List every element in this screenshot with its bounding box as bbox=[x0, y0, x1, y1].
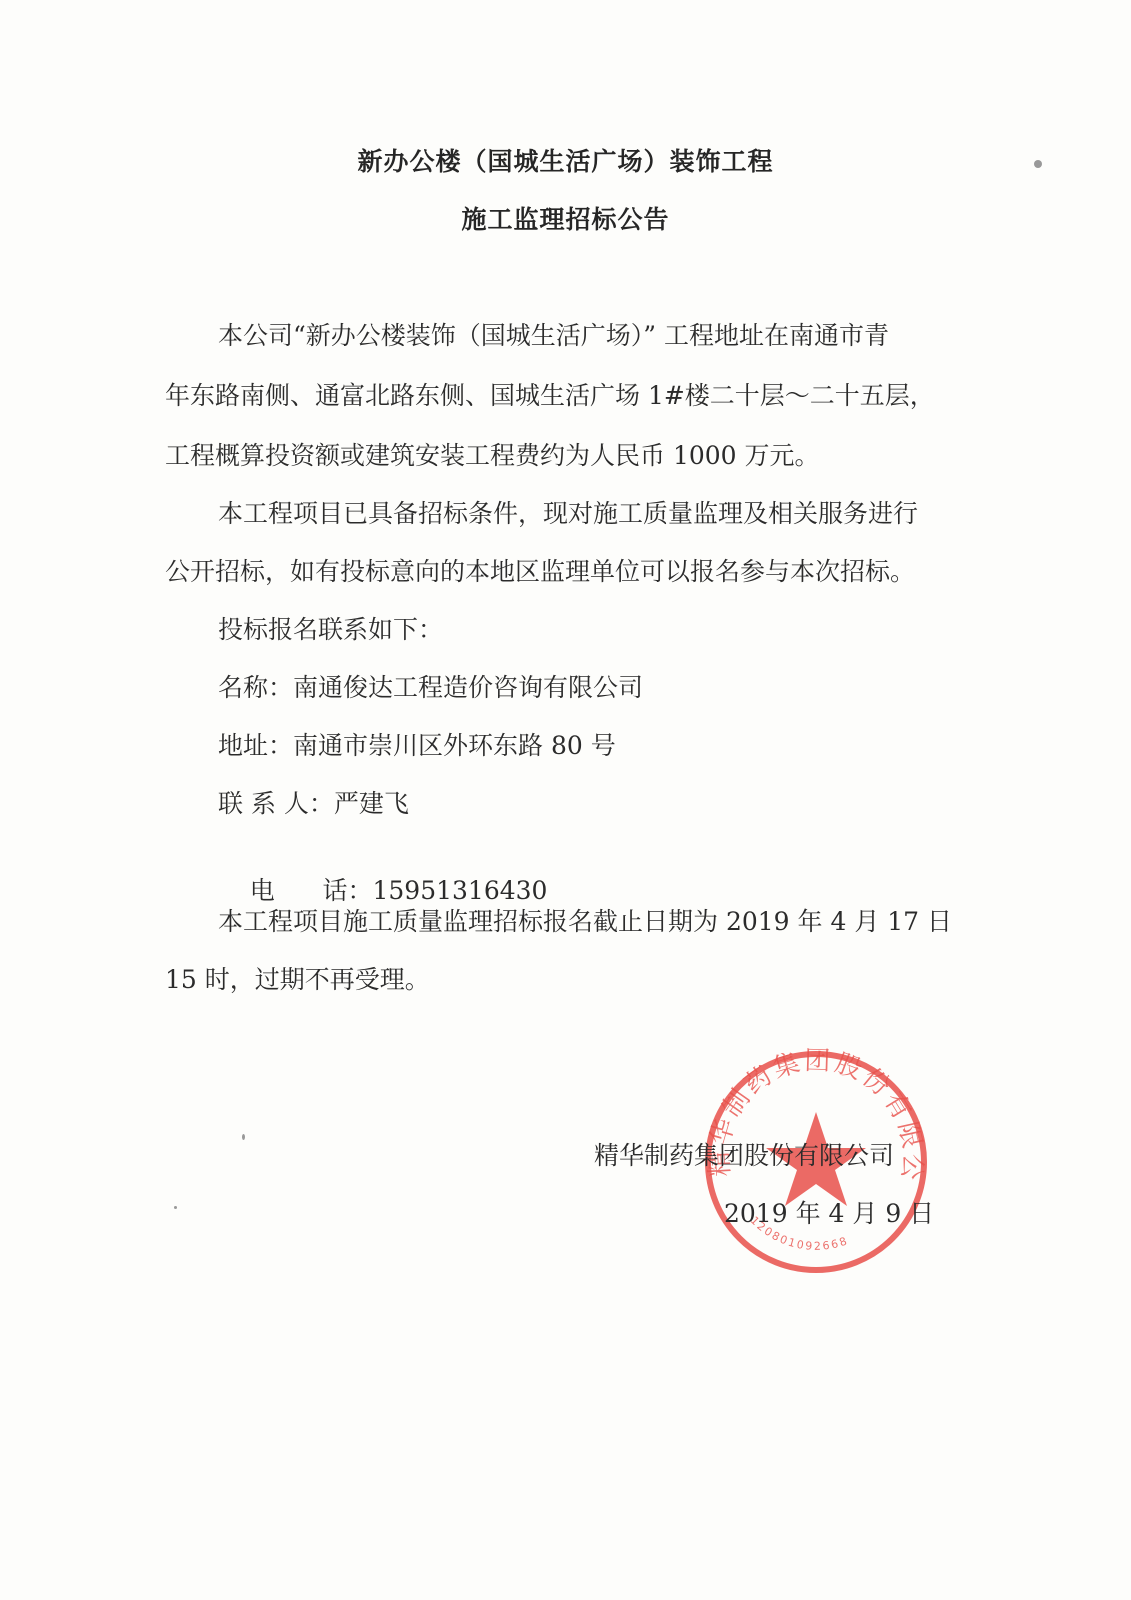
contact-phone-label: 电 话： bbox=[250, 876, 373, 905]
scan-speck bbox=[174, 1206, 177, 1209]
title-line-1: 新办公楼（国城生活广场）装饰工程 bbox=[0, 142, 1131, 178]
signature-company: 精华制药集团股份有限公司 bbox=[594, 1136, 894, 1172]
contact-name-value: 南通俊达工程造价咨询有限公司 bbox=[293, 673, 643, 702]
contact-person-value: 严建飞 bbox=[334, 789, 409, 818]
title-line-2: 施工监理招标公告 bbox=[0, 200, 1131, 236]
signature-date: 2019 年 4 月 9 日 bbox=[724, 1194, 934, 1230]
paragraph-1-line-3: 工程概算投资额或建筑安装工程费约为人民币 1000 万元。 bbox=[165, 436, 820, 472]
scan-speck bbox=[242, 1134, 245, 1140]
contact-address-row: 地址：南通市崇川区外环东路 80 号 bbox=[218, 726, 616, 762]
deadline-line-2: 15 时，过期不再受理。 bbox=[165, 960, 430, 996]
paragraph-1-line-2: 年东路南侧、通富北路东侧、国城生活广场 1#楼二十层～二十五层， bbox=[165, 376, 935, 412]
contact-phone-value: 15951316430 bbox=[372, 876, 547, 905]
contact-person-label: 联 系 人： bbox=[218, 789, 334, 818]
contact-address-value: 南通市崇川区外环东路 80 号 bbox=[293, 731, 616, 760]
contact-name-label: 名称： bbox=[218, 673, 293, 702]
scan-speck bbox=[1034, 160, 1042, 168]
contact-name-row: 名称：南通俊达工程造价咨询有限公司 bbox=[218, 668, 643, 704]
paragraph-2-line-1: 本工程项目已具备招标条件，现对施工质量监理及相关服务进行 bbox=[218, 494, 918, 530]
contact-address-label: 地址： bbox=[218, 731, 293, 760]
paragraph-1-line-1: 本公司“新办公楼装饰（国城生活广场）” 工程地址在南通市青 bbox=[218, 316, 889, 352]
paragraph-2-line-2: 公开招标，如有投标意向的本地区监理单位可以报名参与本次招标。 bbox=[165, 552, 915, 588]
deadline-line-1: 本工程项目施工质量监理招标报名截止日期为 2019 年 4 月 17 日 bbox=[218, 902, 952, 938]
contact-intro: 投标报名联系如下： bbox=[218, 610, 443, 646]
contact-person-row: 联 系 人：严建飞 bbox=[218, 784, 409, 820]
